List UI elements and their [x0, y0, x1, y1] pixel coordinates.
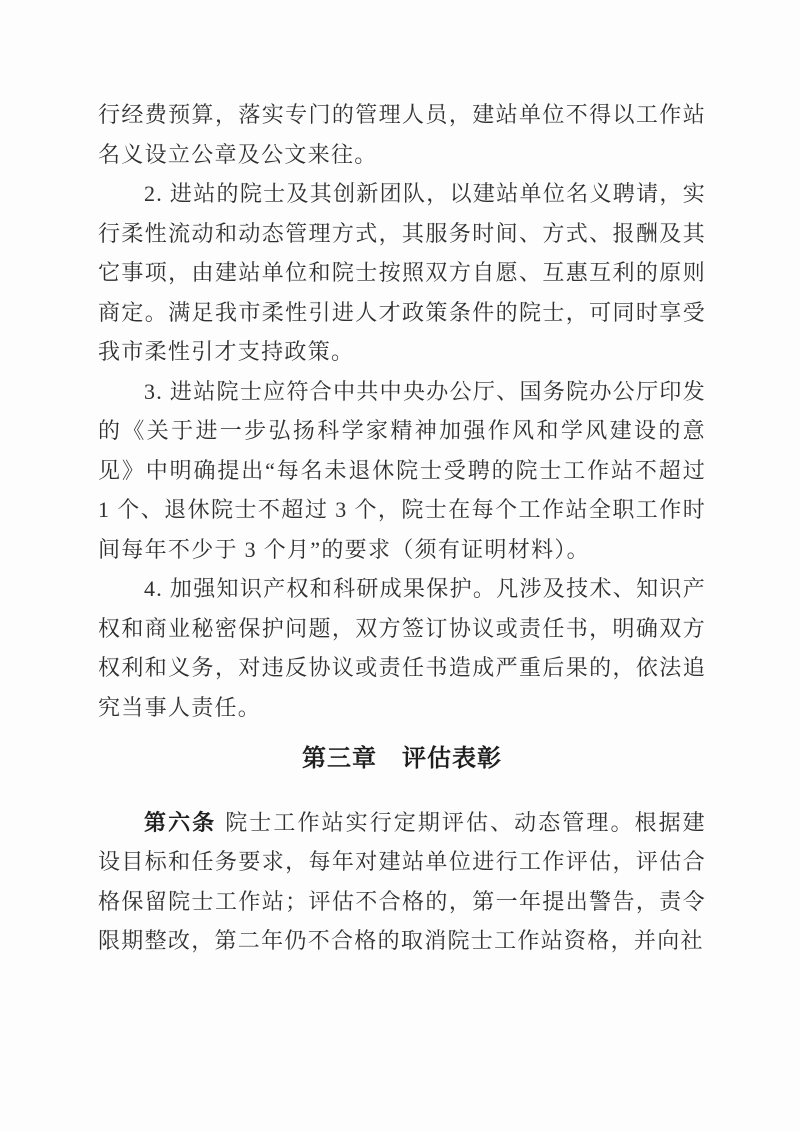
document-content: 行经费预算，落实专门的管理人员，建站单位不得以工作站名义设立公章及公文来往。 2…	[98, 95, 706, 961]
document-page: 行经费预算，落实专门的管理人员，建站单位不得以工作站名义设立公章及公文来往。 2…	[0, 0, 800, 1132]
paragraph-article-6: 第六条院士工作站实行定期评估、动态管理。根据建设目标和任务要求，每年对建站单位进…	[98, 803, 706, 961]
paragraph-continuation: 行经费预算，落实专门的管理人员，建站单位不得以工作站名义设立公章及公文来往。	[98, 95, 706, 174]
paragraph-item-2: 2. 进站的院士及其创新团队，以建站单位名义聘请，实行柔性流动和动态管理方式，其…	[98, 174, 706, 372]
article-number-label: 第六条	[144, 810, 216, 835]
chapter-heading: 第三章 评估表彰	[98, 739, 706, 779]
paragraph-item-3: 3. 进站院士应符合中共中央办公厅、国务院办公厅印发的《关于进一步弘扬科学家精神…	[98, 372, 706, 570]
paragraph-item-4: 4. 加强知识产权和科研成果保护。凡涉及技术、知识产权和商业秘密保护问题，双方签…	[98, 569, 706, 727]
